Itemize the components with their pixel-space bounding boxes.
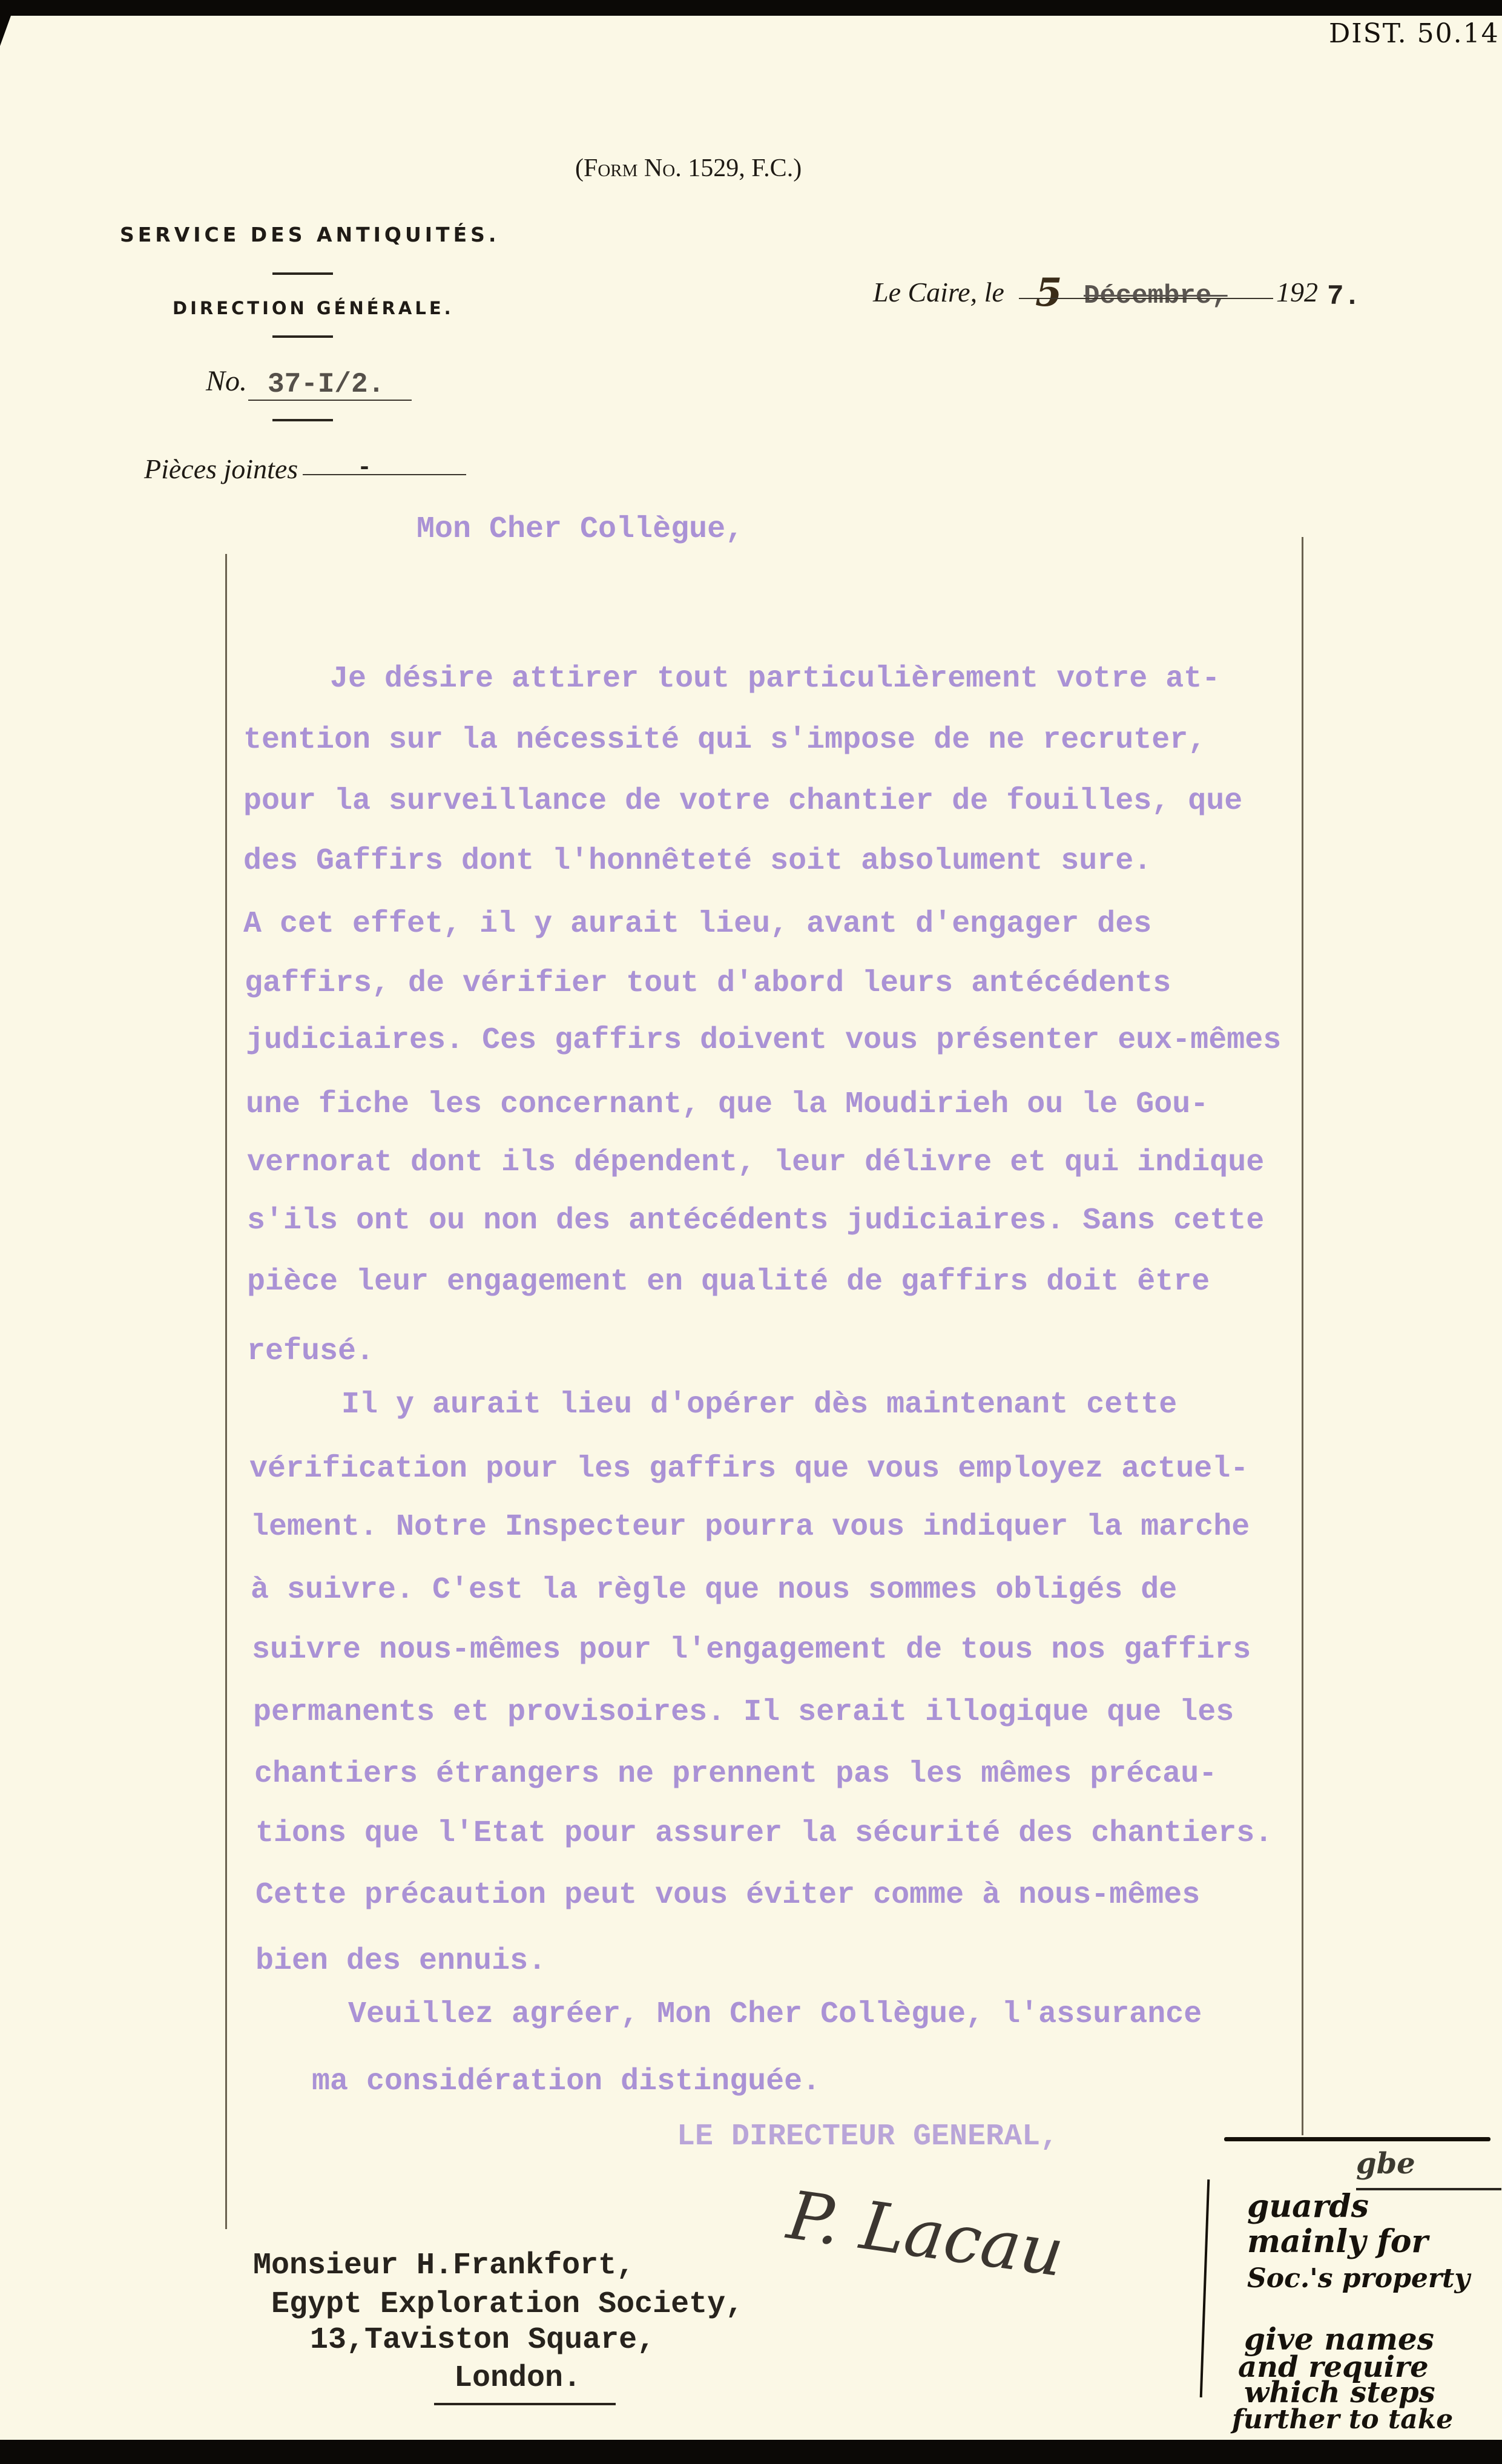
body-line: tention sur la nécessité qui s'impose de…	[243, 725, 1206, 756]
note-initials-underline	[1356, 2188, 1501, 2190]
body-line: judiciaires. Ces gaffirs doivent vous pr…	[246, 1026, 1281, 1056]
reference-label: No.	[206, 364, 247, 398]
body-line: à suivre. C'est la règle que nous sommes…	[251, 1575, 1177, 1606]
body-line: lement. Notre Inspecteur pourra vous ind…	[251, 1512, 1250, 1543]
divider	[272, 272, 333, 275]
salutation: Mon Cher Collègue,	[417, 515, 743, 545]
body-line: gaffirs, de vérifier tout d'abord leurs …	[245, 969, 1171, 999]
note-top-rule	[1224, 2137, 1490, 2141]
divider	[272, 335, 333, 338]
note-line: Soc.'s property	[1247, 2263, 1470, 2294]
note-line: guards	[1247, 2188, 1369, 2225]
note-line: further to take	[1232, 2404, 1453, 2435]
body-line: une fiche les concernant, que la Moudiri…	[246, 1090, 1208, 1120]
body-line: A cet effet, il y aurait lieu, avant d'e…	[243, 909, 1151, 940]
direction-heading: DIRECTION GÉNÉRALE.	[173, 298, 454, 318]
body-line: pièce leur engagement en qualité de gaff…	[247, 1267, 1210, 1297]
reference-line	[248, 400, 412, 401]
recipient-line: Egypt Exploration Society,	[271, 2290, 743, 2320]
date-day-handwritten: 5	[1035, 270, 1062, 315]
date-month: Décembre,	[1084, 281, 1228, 311]
body-line: des Gaffirs dont l'honnêteté soit absolu…	[243, 846, 1151, 877]
recipient-line: Monsieur H.Frankfort,	[253, 2251, 634, 2281]
recipient-underline	[434, 2403, 616, 2405]
body-line: Cette précaution peut vous éviter comme …	[255, 1880, 1200, 1911]
body-line: vernorat dont ils dépendent, leur délivr…	[247, 1148, 1264, 1178]
right-margin-rule	[1302, 537, 1303, 2135]
body-line: chantiers étrangers ne prennent pas les …	[254, 1759, 1217, 1790]
left-margin-rule	[225, 554, 227, 2229]
body-line: Il y aurait lieu d'opérer dès maintenant…	[341, 1390, 1177, 1420]
reference-number: 37-I/2.	[268, 371, 384, 398]
body-line: refusé.	[247, 1337, 374, 1367]
form-number: (Form No. 1529, F.C.)	[575, 154, 802, 183]
note-initials: gbe	[1356, 2147, 1415, 2181]
note-side-rule	[1200, 2179, 1210, 2397]
body-line: permanents et provisoires. Il serait ill…	[253, 1698, 1234, 1728]
recipient-line: London.	[454, 2364, 581, 2394]
attachments-line	[303, 474, 466, 475]
recipient-line: 13,Taviston Square,	[310, 2325, 655, 2356]
body-line: s'ils ont ou non des antécédents judicia…	[247, 1206, 1264, 1236]
date-line	[1019, 298, 1273, 299]
note-line: mainly for	[1247, 2223, 1428, 2260]
signature: P. Lacau	[783, 2176, 1069, 2292]
date-year-suffix: 7.	[1327, 281, 1360, 312]
place-label: Le Caire, le	[873, 276, 1004, 308]
signature-title: LE DIRECTEUR GENERAL,	[677, 2122, 1058, 2152]
date-year-prefix: 192	[1276, 276, 1318, 308]
body-line: pour la surveillance de votre chantier d…	[243, 786, 1242, 817]
attachments-value: -	[357, 456, 372, 481]
archive-mark: DIST. 50.14	[1329, 18, 1500, 49]
attachments-label: Pièces jointes	[144, 453, 298, 485]
service-heading: SERVICE DES ANTIQUITÉS.	[120, 223, 499, 246]
body-line: vérification pour les gaffirs que vous e…	[249, 1454, 1248, 1484]
body-line: suivre nous-mêmes pour l'engagement de t…	[252, 1635, 1251, 1665]
closing-line: Veuillez agréer, Mon Cher Collègue, l'as…	[348, 2000, 1202, 2030]
letter-page: DIST. 50.14 (Form No. 1529, F.C.) SERVIC…	[0, 16, 1502, 2440]
body-line: Je désire attirer tout particulièrement …	[330, 664, 1220, 694]
body-line: tions que l'Etat pour assurer la sécurit…	[255, 1819, 1273, 1849]
divider	[272, 419, 333, 421]
closing-line: ma considération distinguée.	[312, 2067, 820, 2097]
body-line: bien des ennuis.	[255, 1946, 546, 1977]
